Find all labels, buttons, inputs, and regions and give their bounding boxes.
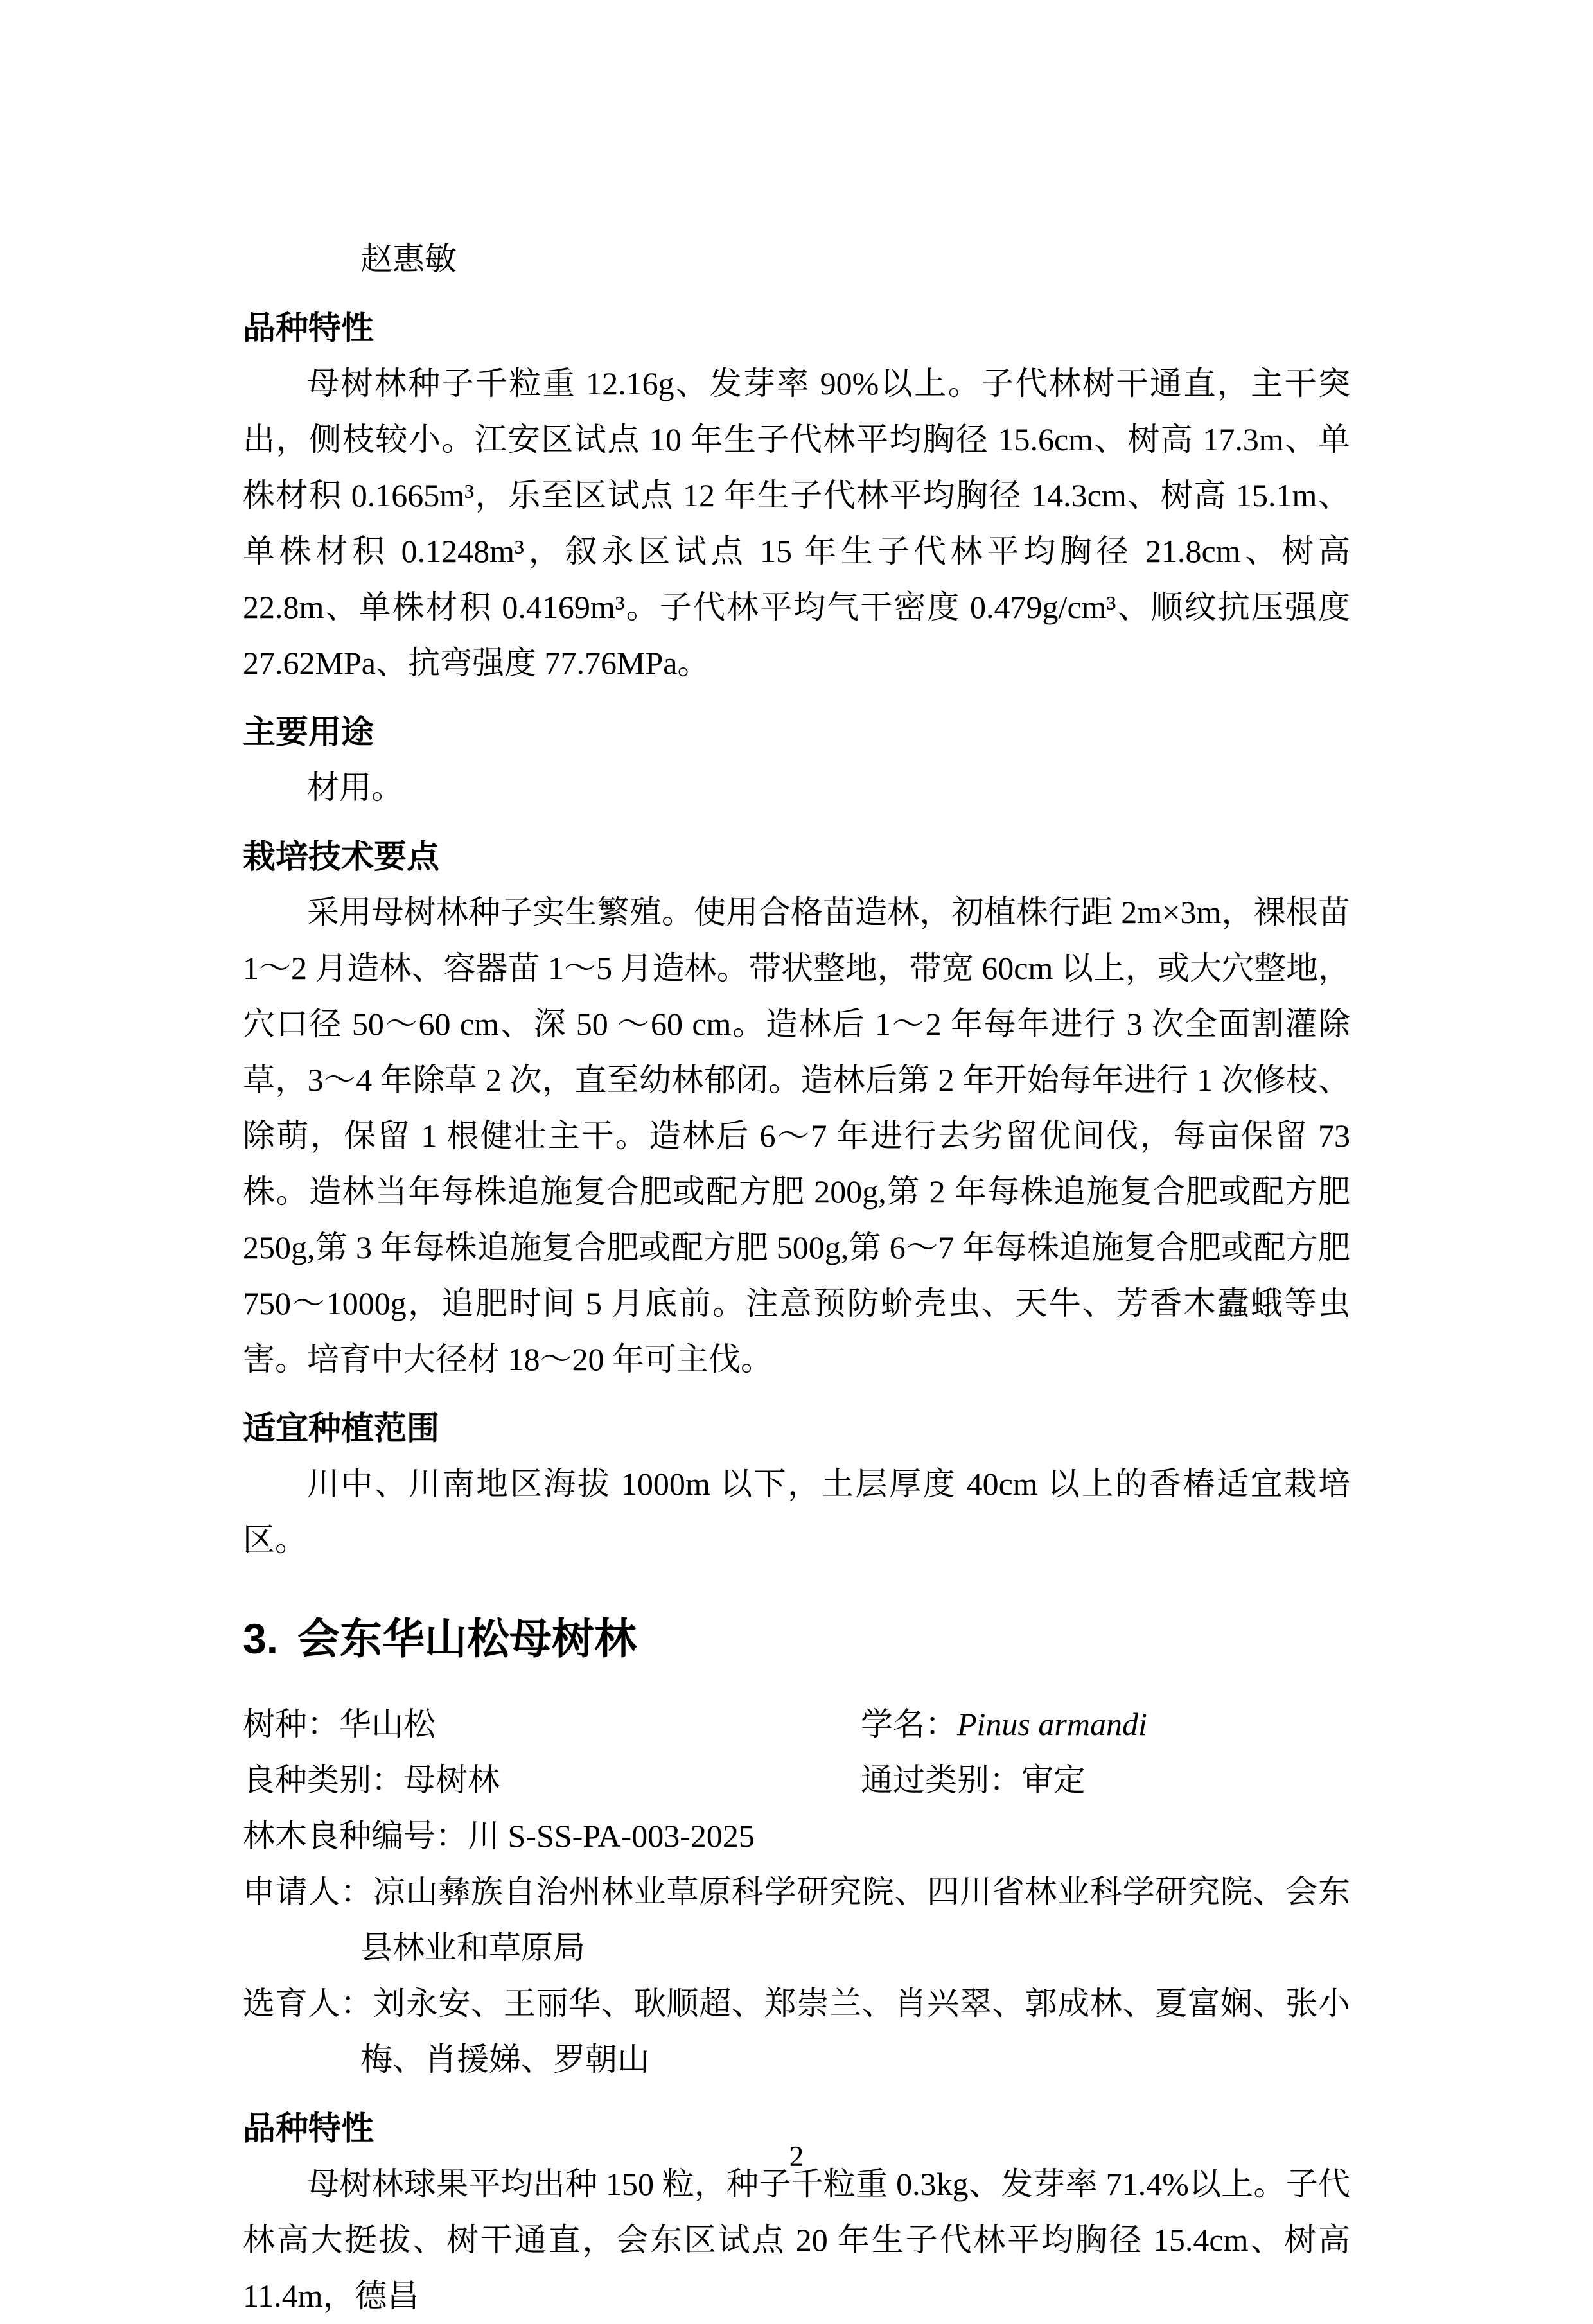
field-row-species-latin: 树种：华山松 学名：Pinus armandi	[243, 1696, 1350, 1752]
heading-main-uses: 主要用途	[243, 704, 1350, 760]
breeder-continuation-line: 赵惠敏	[360, 231, 1350, 287]
breeders-label: 选育人：	[243, 1985, 373, 2021]
seed-code-value: 川 S-SS-PA-003-2025	[468, 1818, 755, 1854]
approval-category-value: 审定	[1021, 1762, 1086, 1798]
page-number: 2	[0, 2140, 1593, 2172]
field-approval-category: 通过类别：审定	[861, 1752, 1350, 1808]
paragraph-main-uses: 材用。	[243, 760, 1350, 816]
applicant-label: 申请人：	[243, 1874, 373, 1910]
seed-code-label: 林木良种编号：	[243, 1818, 468, 1854]
applicant-value: 凉山彝族自治州林业草原科学研究院、四川省林业科学研究院、会东县林业和草原局	[360, 1874, 1350, 1966]
latin-name-label: 学名：	[861, 1706, 957, 1742]
paragraph-suitable-planting-range: 川中、川南地区海拔 1000m 以下，土层厚度 40cm 以上的香椿适宜栽培区。	[243, 1456, 1350, 1568]
field-seed-code: 林木良种编号：川 S-SS-PA-003-2025	[243, 1808, 755, 1864]
field-applicant: 申请人：凉山彝族自治州林业草原科学研究院、四川省林业科学研究院、会东县林业和草原…	[243, 1864, 1350, 1976]
section-3-number: 3.	[243, 1615, 278, 1662]
seed-category-label: 良种类别：	[243, 1762, 403, 1798]
paragraph-cultivation-techniques: 采用母树林种子实生繁殖。使用合格苗造林，初植株行距 2m×3m，裸根苗 1～2 …	[243, 885, 1350, 1387]
field-breeders: 选育人：刘永安、王丽华、耿顺超、郑崇兰、肖兴翠、郭成林、夏富娴、张小梅、肖援娣、…	[243, 1976, 1350, 2088]
heading-suitable-planting-range: 适宜种植范围	[243, 1400, 1350, 1456]
species-label: 树种：	[243, 1706, 339, 1742]
section-3-name: 会东华山松母树林	[297, 1615, 637, 1662]
paragraph-variety-traits: 母树林种子千粒重 12.16g、发芽率 90%以上。子代林树干通直，主干突出，侧…	[243, 356, 1350, 691]
field-row-category-approval: 良种类别：母树林 通过类别：审定	[243, 1752, 1350, 1808]
field-seed-category: 良种类别：母树林	[243, 1752, 861, 1808]
heading-variety-traits: 品种特性	[243, 300, 1350, 356]
heading-cultivation-techniques: 栽培技术要点	[243, 829, 1350, 885]
seed-category-value: 母树林	[403, 1762, 500, 1798]
paragraph-variety-traits-section3: 母树林球果平均出种 150 粒，种子千粒重 0.3kg、发芽率 71.4%以上。…	[243, 2156, 1350, 2324]
approval-category-label: 通过类别：	[861, 1762, 1021, 1798]
latin-name-value: Pinus armandi	[957, 1706, 1147, 1742]
field-latin-name: 学名：Pinus armandi	[861, 1696, 1350, 1752]
species-value: 华山松	[339, 1706, 436, 1742]
field-species: 树种：华山松	[243, 1696, 861, 1752]
field-row-seed-code: 林木良种编号：川 S-SS-PA-003-2025	[243, 1808, 1350, 1864]
section-3-title: 3.会东华山松母树林	[243, 1607, 1350, 1671]
document-page: 赵惠敏 品种特性 母树林种子千粒重 12.16g、发芽率 90%以上。子代林树干…	[0, 0, 1593, 2253]
breeders-value: 刘永安、王丽华、耿顺超、郑崇兰、肖兴翠、郭成林、夏富娴、张小梅、肖援娣、罗朝山	[360, 1985, 1350, 2077]
